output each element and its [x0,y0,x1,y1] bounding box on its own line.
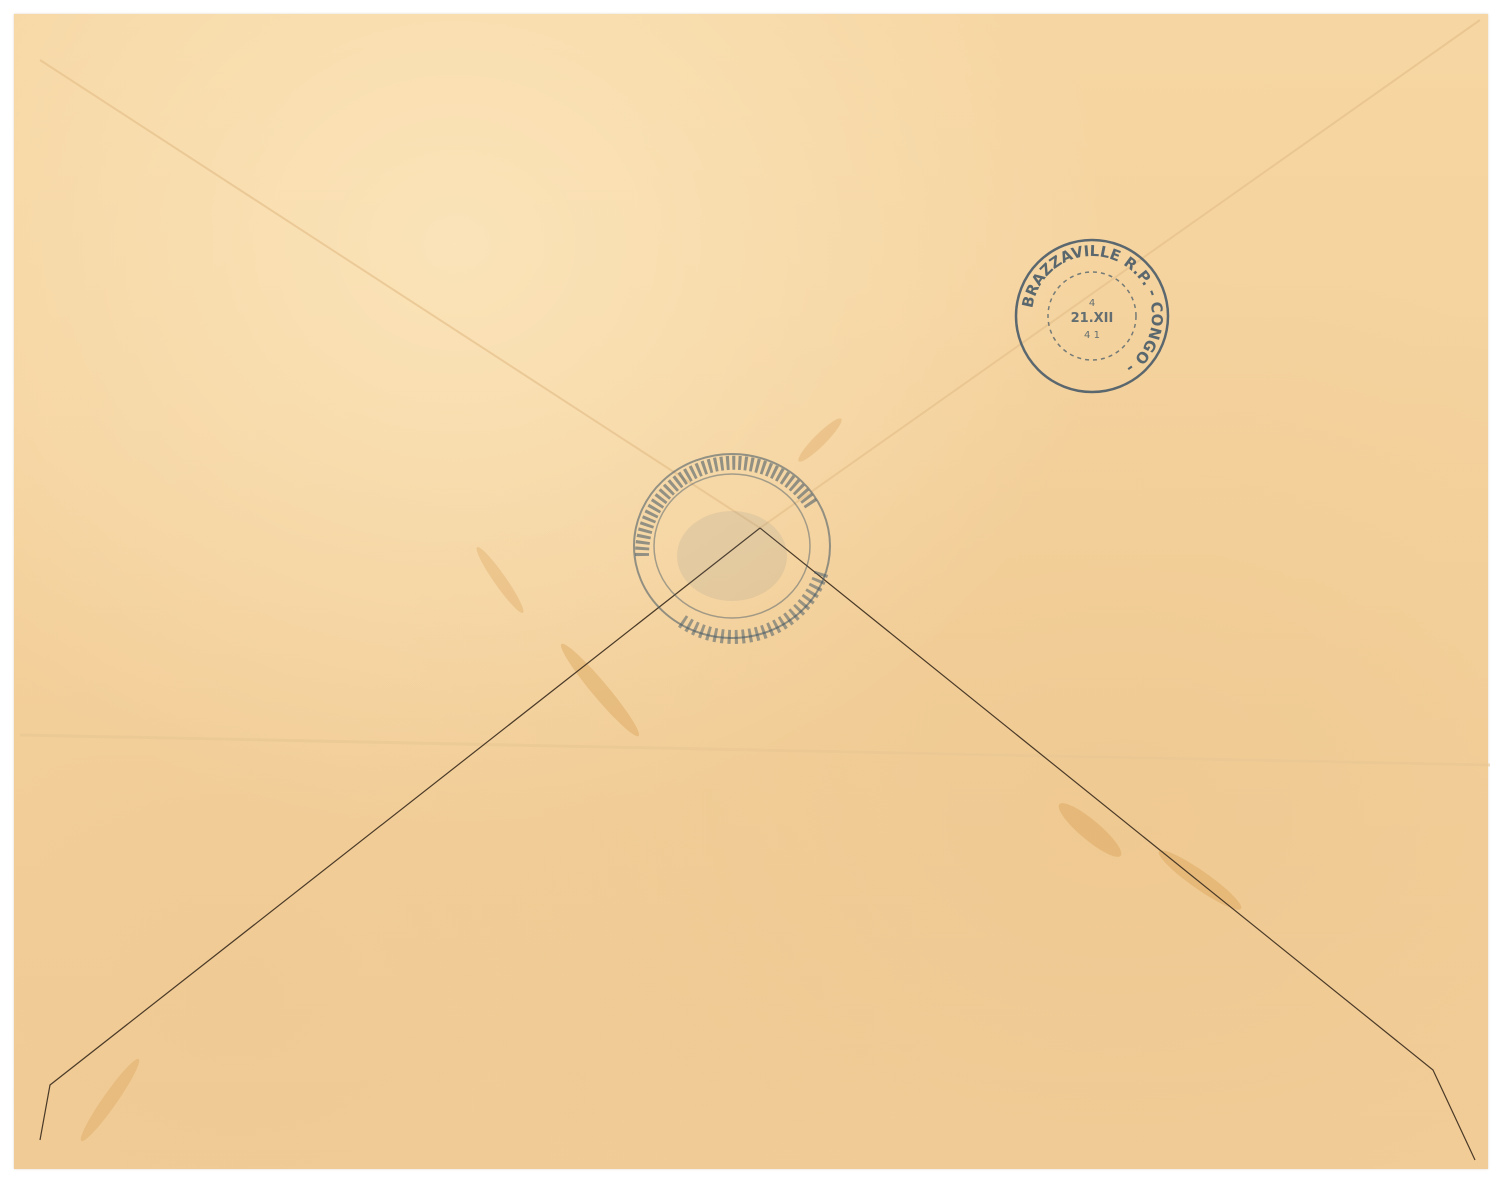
svg-text:21.XII: 21.XII [1071,311,1114,326]
seal-postmark [622,446,842,646]
brazzaville-postmark: BRAZZAVILLE R.P. - CONGO - 4 21.XII 4 1 [1012,236,1172,396]
svg-text:4: 4 [1089,298,1095,309]
svg-text:4 1: 4 1 [1084,330,1100,341]
